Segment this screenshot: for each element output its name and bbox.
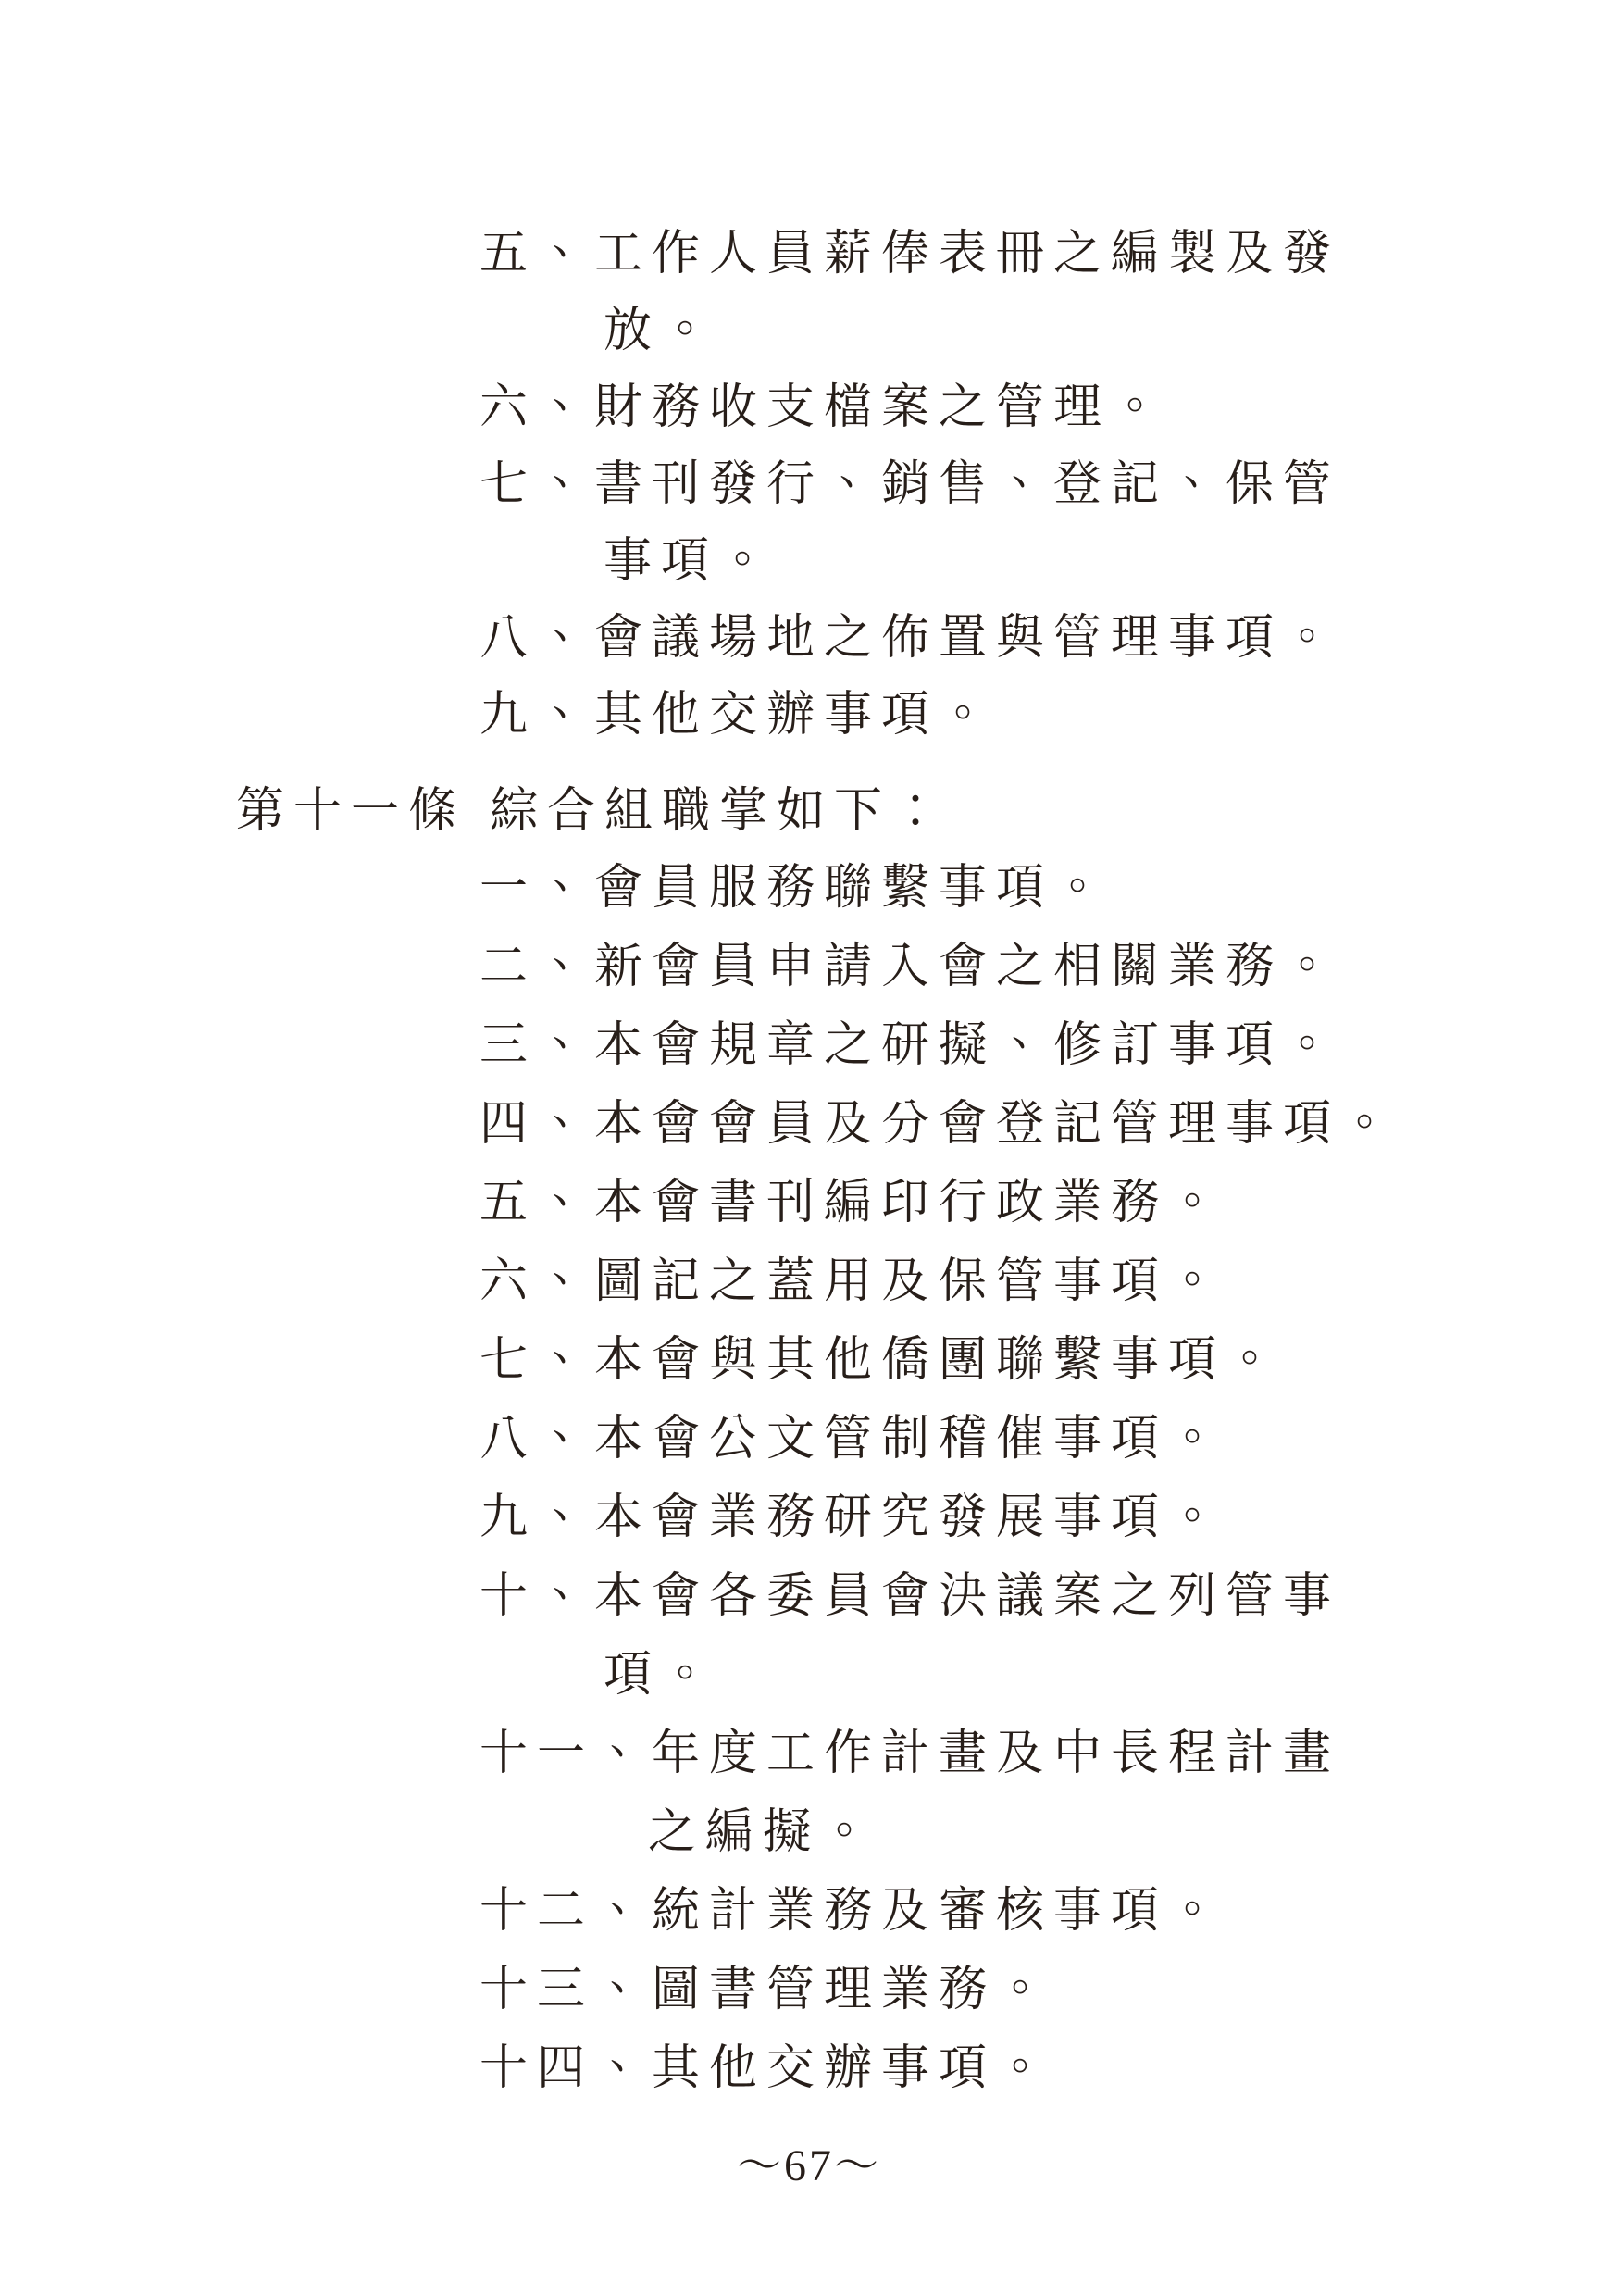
list-item-line: 五、本會書刊編印行政業務。 [479, 1179, 1226, 1229]
article-title: 綜合組職掌如下： [490, 785, 949, 838]
wrapped-line: 之編擬。 [648, 1808, 877, 1859]
list-item-line: 三、本會規章之研擬、修訂事項。 [479, 1021, 1340, 1072]
list-item-line: 九、其他交辦事項。 [479, 691, 996, 742]
list-item-line: 九、本會業務研究發展事項。 [479, 1493, 1226, 1544]
list-item-line: 七、書刊發行、銷售、登記、保管 [479, 460, 1340, 511]
wrapped-line: 項。 [604, 1651, 718, 1702]
list-item-line: 六、財務收支檔案之管理。 [479, 383, 1168, 434]
article-heading: 第十一條綜合組職掌如下： [236, 787, 949, 838]
list-item-line: 十二、統計業務及審核事項。 [479, 1887, 1226, 1938]
list-item-line: 八、會議場地之佈置與管理事項。 [479, 614, 1340, 665]
list-item-line: 十、本會各委員會決議案之列管事 [479, 1572, 1340, 1623]
list-item-line: 四、本會會員及分會登記管理事項。 [479, 1100, 1398, 1151]
list-item-line: 二、新會員申請入會之相關業務。 [479, 942, 1340, 993]
document-page: 五、工作人員薪俸表冊之編製及發 放。 六、財務收支檔案之管理。 七、書刊發行、銷… [0, 0, 1618, 2296]
list-item-line: 十三、圖書管理業務。 [479, 1965, 1053, 2016]
wrapped-line: 放。 [604, 306, 718, 357]
article-number: 第十一條 [236, 785, 466, 838]
list-item-line: 七、本會與其他僑團聯繫事項。 [479, 1336, 1283, 1387]
list-item-line: 十一、年度工作計畫及中長程計畫 [479, 1729, 1340, 1780]
list-item-line: 六、圖記之蓋用及保管事項。 [479, 1257, 1226, 1308]
wrapped-line: 事項。 [604, 537, 776, 588]
list-item-line: 八、本會公文管制稽催事項。 [479, 1415, 1226, 1466]
list-item-line: 十四、其他交辦事項。 [479, 2044, 1053, 2095]
list-item-line: 五、工作人員薪俸表冊之編製及發 [479, 230, 1340, 281]
list-item-line: 一、會員服務聯繫事項。 [479, 864, 1111, 915]
page-number: ～67～ [737, 2129, 881, 2193]
